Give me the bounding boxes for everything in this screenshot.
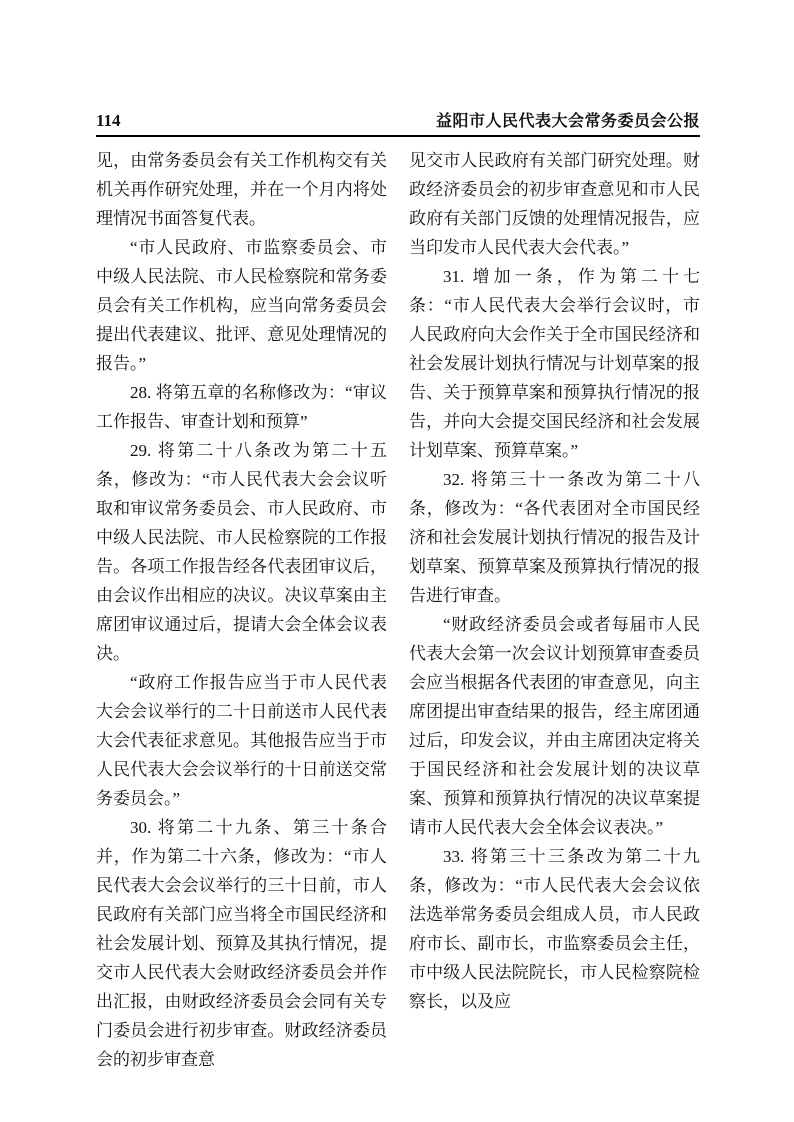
- paragraph: 见，由常务委员会有关工作机构交有关机关再作研究处理，并在一个月内将处理情况书面答…: [96, 146, 387, 233]
- paragraph: 29. 将第二十八条改为第二十五条，修改为：“市人民代表大会会议听取和审议常务委…: [96, 436, 387, 668]
- paragraph: 32. 将第三十一条改为第二十八条，修改为：“各代表团对全市国民经济和社会发展计…: [409, 465, 700, 610]
- paragraph: 33. 将第三十三条改为第二十九条，修改为：“市人民代表大会会议依法选举常务委员…: [409, 842, 700, 1016]
- paragraph: 30. 将第二十九条、第三十条合并，作为第二十六条，修改为：“市人民代表大会会议…: [96, 813, 387, 1074]
- right-column: 见交市人民政府有关部门研究处理。财政经济委员会的初步审查意见和市人民政府有关部门…: [409, 146, 700, 1074]
- left-column: 见，由常务委员会有关工作机构交有关机关再作研究处理，并在一个月内将处理情况书面答…: [96, 146, 387, 1074]
- paragraph: “财政经济委员会或者每届市人民代表大会第一次会议计划预算审查委员会应当根据各代表…: [409, 610, 700, 842]
- document-page: 114 益阳市人民代表大会常务委员会公报 见，由常务委员会有关工作机构交有关机关…: [0, 0, 794, 1122]
- paragraph: “政府工作报告应当于市人民代表大会会议举行的二十日前送市人民代表大会代表征求意见…: [96, 668, 387, 813]
- page-content: 114 益阳市人民代表大会常务委员会公报 见，由常务委员会有关工作机构交有关机关…: [96, 112, 700, 1074]
- page-number: 114: [96, 112, 121, 130]
- paragraph: 28. 将第五章的名称修改为：“审议工作报告、审查计划和预算”: [96, 378, 387, 436]
- paragraph: 见交市人民政府有关部门研究处理。财政经济委员会的初步审查意见和市人民政府有关部门…: [409, 146, 700, 262]
- publication-title: 益阳市人民代表大会常务委员会公报: [436, 113, 700, 131]
- paragraph: 31. 增加一条，作为第二十七条：“市人民代表大会举行会议时，市人民政府向大会作…: [409, 262, 700, 465]
- paragraph: “市人民政府、市监察委员会、市中级人民法院、市人民检察院和常务委员会有关工作机构…: [96, 233, 387, 378]
- page-header: 114 益阳市人民代表大会常务委员会公报: [96, 112, 700, 137]
- article-body: 见，由常务委员会有关工作机构交有关机关再作研究处理，并在一个月内将处理情况书面答…: [96, 146, 700, 1074]
